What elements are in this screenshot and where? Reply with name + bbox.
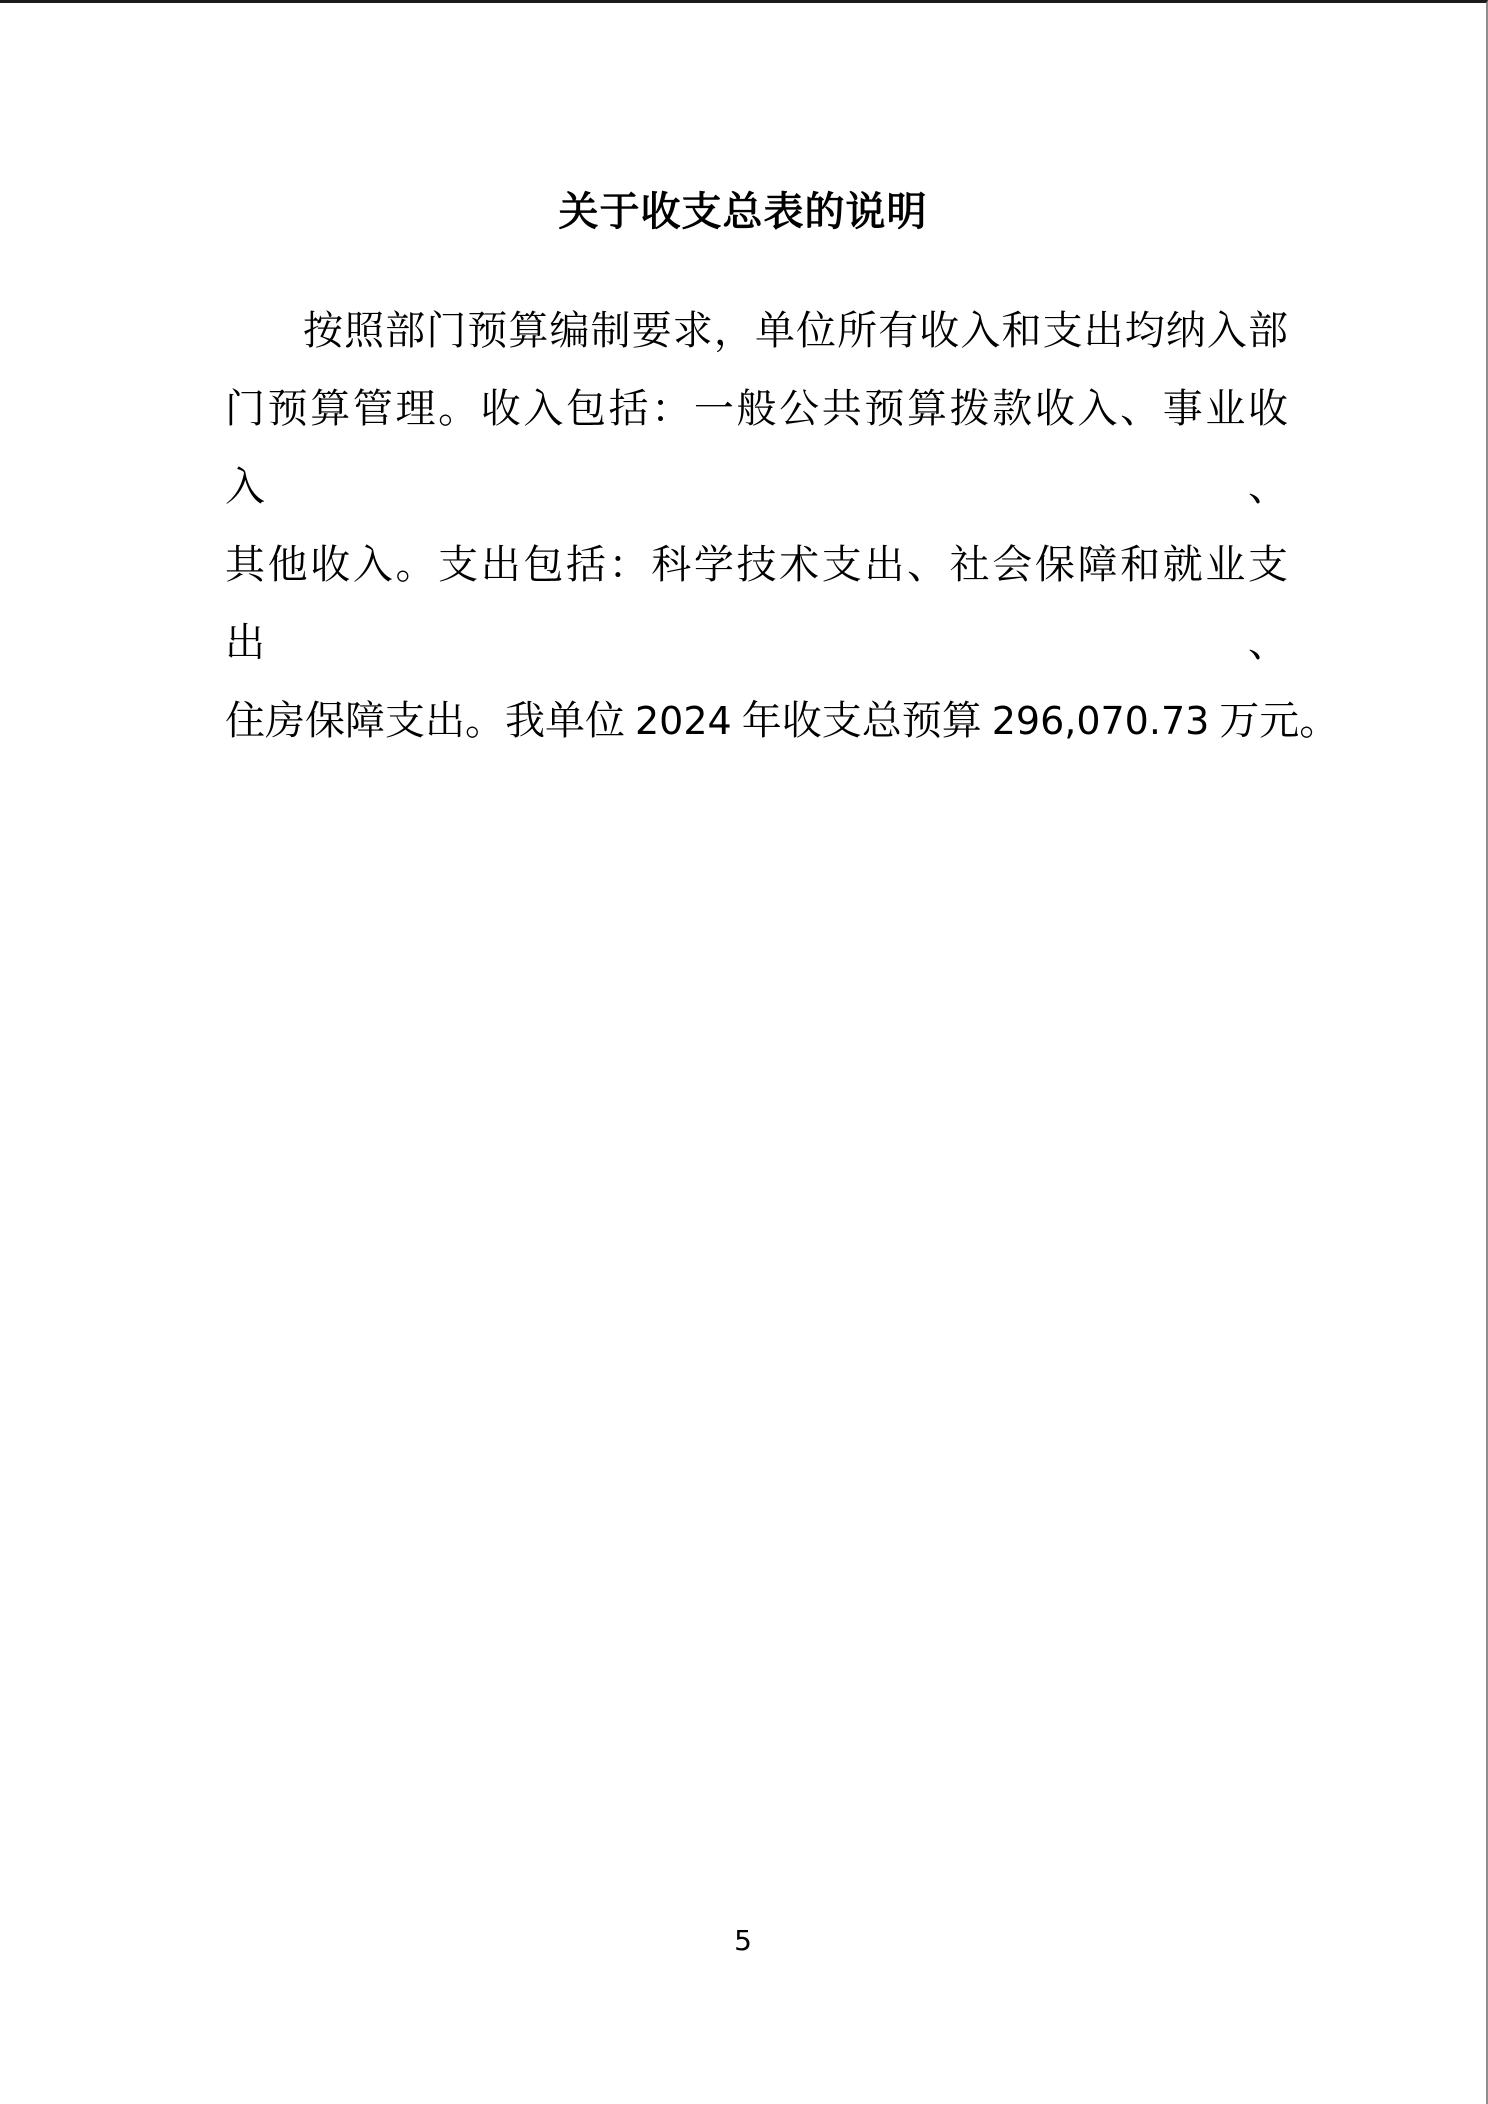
page-number: 5 bbox=[0, 1927, 1486, 1955]
document-page: 关于收支总表的说明 按照部门预算编制要求，单位所有收入和支出均纳入部门预算管理。… bbox=[0, 0, 1488, 2104]
page-title: 关于收支总表的说明 bbox=[0, 189, 1486, 235]
text-segment: 门预算管理。收入包括：一般公共预算拨款收入、事业收入、 bbox=[225, 386, 1288, 509]
text-segment: 万元。 bbox=[1209, 698, 1339, 743]
paragraph-line: 门预算管理。收入包括：一般公共预算拨款收入、事业收入、 bbox=[225, 370, 1288, 526]
text-segment: 其他收入。支出包括：科学技术支出、社会保障和就业支出、 bbox=[225, 542, 1288, 665]
paragraph-line: 其他收入。支出包括：科学技术支出、社会保障和就业支出、 bbox=[225, 526, 1288, 682]
text-segment: 住房保障支出。我单位 bbox=[225, 698, 635, 743]
body-paragraph: 按照部门预算编制要求，单位所有收入和支出均纳入部门预算管理。收入包括：一般公共预… bbox=[225, 292, 1288, 760]
paragraph-line: 住房保障支出。我单位 2024 年收支总预算 296,070.73 万元。 bbox=[225, 682, 1288, 760]
text-segment: 年收支总预算 bbox=[732, 698, 992, 743]
paragraph-line: 按照部门预算编制要求，单位所有收入和支出均纳入部 bbox=[225, 292, 1288, 370]
numeric-value: 296,070.73 bbox=[992, 699, 1210, 743]
text-segment: 按照部门预算编制要求，单位所有收入和支出均纳入部 bbox=[303, 308, 1288, 353]
numeric-value: 2024 bbox=[635, 699, 732, 743]
